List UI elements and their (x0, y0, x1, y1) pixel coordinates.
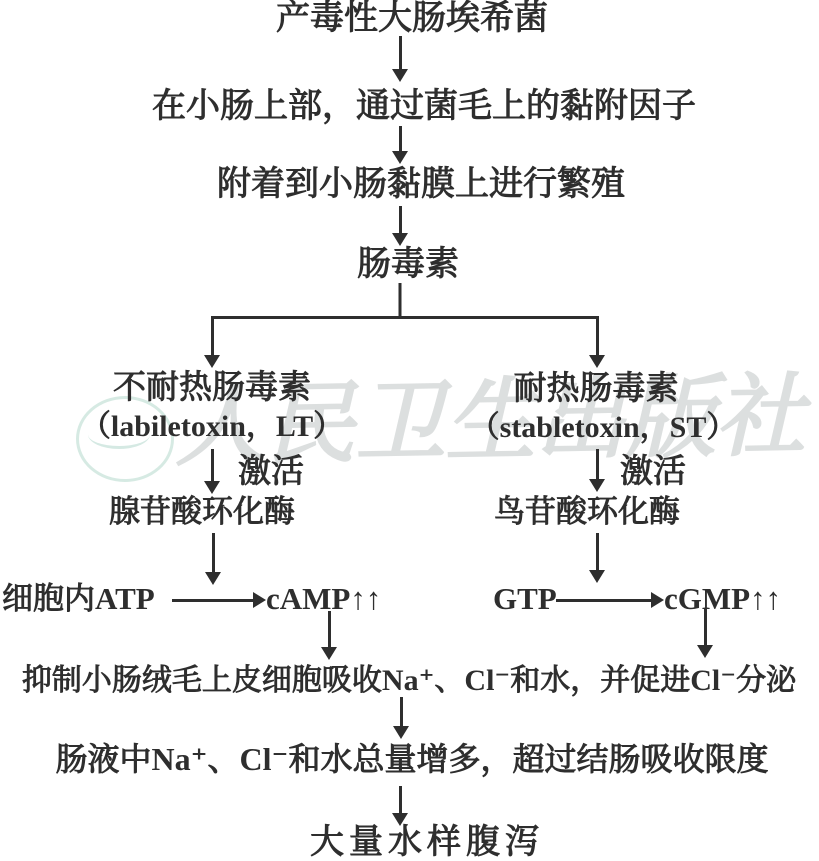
arrow-down-icon (589, 533, 605, 583)
arrow-down-icon (392, 36, 408, 82)
node-st-latin: （stabletoxin，ST） (470, 411, 737, 444)
arrow-down-icon (204, 449, 220, 494)
arrow-down-icon (321, 611, 337, 660)
node-adhesion: 在小肠上部，通过菌毛上的黏附因子 (152, 88, 696, 125)
node-st-name: 耐热肠毒素 (514, 371, 679, 407)
arrow-down-icon (204, 317, 220, 368)
branch-horizontal-line (211, 316, 599, 319)
node-lt-name: 不耐热肠毒素 (113, 370, 311, 406)
arrow-down-icon (392, 786, 408, 826)
node-atp: 细胞内ATP (2, 582, 155, 616)
node-lt-latin: （labiletoxin，LT） (81, 410, 343, 443)
node-guanylate-cyclase: 鸟苷酸环化酶 (494, 495, 680, 529)
node-camp: cAMP↑↑ (266, 582, 381, 616)
arrow-right-icon (172, 592, 266, 608)
arrow-down-icon (697, 609, 713, 658)
node-adenylate-cyclase: 腺苷酸环化酶 (109, 495, 295, 529)
flowchart-etec-pathogenesis: 人民卫生出版社 产毒性大肠埃希菌 在小肠上部，通过菌毛上的黏附因子 附着到小肠黏… (0, 0, 819, 861)
label-activate-st: 激活 (620, 454, 686, 490)
arrow-down-icon (589, 317, 605, 368)
arrow-down-icon (393, 697, 409, 739)
node-cgmp: cGMP↑↑ (664, 582, 781, 616)
node-attach: 附着到小肠黏膜上进行繁殖 (217, 166, 625, 203)
node-gtp: GTP (493, 582, 557, 616)
arrow-down-icon (589, 449, 605, 492)
arrow-down-icon (205, 533, 221, 585)
node-enterotoxin: 肠毒素 (357, 246, 459, 283)
arrow-down-icon (392, 126, 408, 164)
node-inhibit-absorption: 抑制小肠绒毛上皮细胞吸收Na⁺、Cl⁻和水，并促进Cl⁻分泌 (22, 664, 796, 697)
arrow-down-icon (392, 206, 408, 246)
node-etec: 产毒性大肠埃希菌 (276, 0, 548, 37)
arrow-right-icon (556, 592, 664, 608)
branch-stub-line (399, 283, 402, 319)
node-fluid-increase: 肠液中Na⁺、Cl⁻和水总量增多，超过结肠吸收限度 (56, 742, 769, 777)
node-diarrhea: 大量水样腹泻 (310, 824, 544, 861)
label-activate-lt: 激活 (238, 454, 304, 490)
